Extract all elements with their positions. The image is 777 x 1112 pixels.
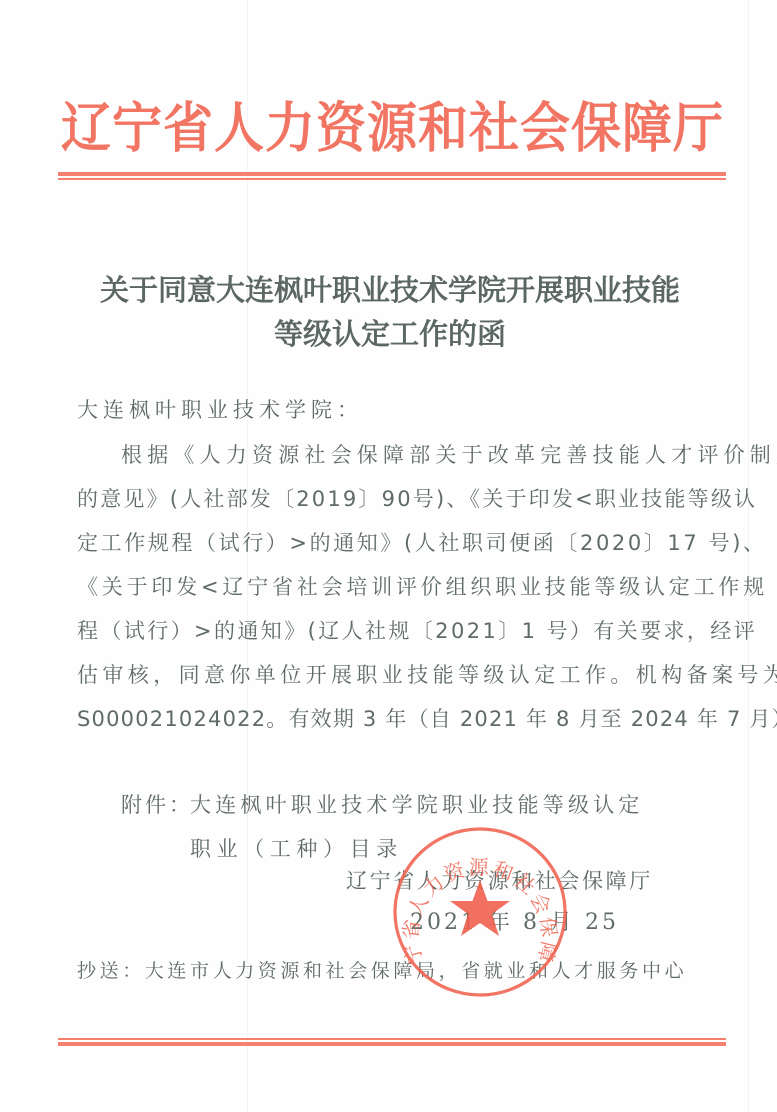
letterhead-issuer: 辽宁省人力资源和社会保障厅 <box>60 93 725 162</box>
letterhead-rule-thick <box>58 172 726 176</box>
issue-date: 2021 年 8 月 25 <box>410 908 619 938</box>
cc-line: 抄送：大连市人力资源和社会保障局，省就业和人才服务中心 <box>77 956 687 986</box>
attachment-line: 职业（工种）目录 <box>190 834 403 864</box>
document-title-line-1: 关于同意大连枫叶职业技术学院开展职业技能 <box>60 270 720 310</box>
attachment-line: 大连枫叶职业技术学院职业技能等级认定 <box>190 790 644 820</box>
body-line: 程（试行）>的通知》(辽人社规〔2021〕1 号）有关要求，经评 <box>77 616 757 646</box>
footer-rule-thick <box>58 1042 726 1046</box>
attachment-label: 附件： <box>121 790 193 820</box>
document-page: 辽宁省人力资源和社会保障厅 关于同意大连枫叶职业技术学院开展职业技能 等级认定工… <box>0 0 777 1112</box>
body-line: 的意见》(人社部发〔2019〕90号)、《关于印发<职业技能等级认 <box>77 484 757 514</box>
body-line: 根据《人力资源社会保障部关于改革完善技能人才评价制度 <box>121 440 777 470</box>
salutation: 大连枫叶职业技术学院： <box>77 395 363 425</box>
body-line: S000021024022。有效期 3 年（自 2021 年 8 月至 2024… <box>77 704 777 734</box>
letterhead-rule-thin <box>58 178 726 180</box>
seal-text: 辽宁省人力资源和社会保障厅 <box>392 826 562 967</box>
body-line: 定工作规程（试行）>的通知》(人社职司便函〔2020〕17 号)、 <box>77 528 767 558</box>
body-line: 《关于印发<辽宁省社会培训评价组织职业技能等级认定工作规 <box>77 572 768 602</box>
body-line: 估审核，同意你单位开展职业技能等级认定工作。机构备案号为 <box>77 660 777 690</box>
footer-rule-thin <box>58 1038 726 1040</box>
svg-text:辽宁省人力资源和社会保障厅: 辽宁省人力资源和社会保障厅 <box>392 826 562 967</box>
signature-issuer: 辽宁省人力资源和社会保障厅 <box>346 866 653 896</box>
document-title-line-2: 等级认定工作的函 <box>60 314 720 354</box>
